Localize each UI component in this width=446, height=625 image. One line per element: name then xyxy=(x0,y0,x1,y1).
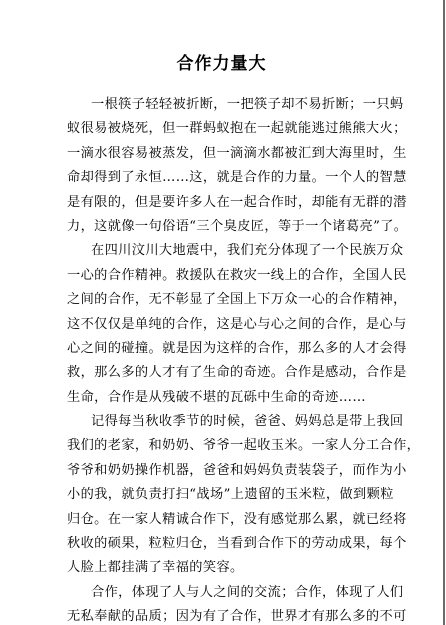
text-line: 这不仅仅是单纯的合作，这是心与心之间的合作，是心与 xyxy=(67,313,367,337)
paragraph-4: 合作，体现了人与人之间的交流；合作，体现了人们 无私奉献的品质；因为有了合作，世… xyxy=(67,581,367,625)
text-line: 秋收的硕果，粒粒归仓，当看到合作下的劳动成果，每个 xyxy=(67,532,367,556)
text-line: 归仓。在一家人精诚合作下，没有感觉那么累，就已经将 xyxy=(67,508,367,532)
text-line: 在四川汶川大地震中，我们充分体现了一个民族万众 xyxy=(67,239,367,263)
text-line: 生命，合作是从残破不堪的瓦砾中生命的奇迹…… xyxy=(67,386,367,410)
text-line: 我们的老家，和奶奶、爷爷一起收玉米。一家人分工合作， xyxy=(67,434,367,458)
text-line: 人脸上都挂满了幸福的笑容。 xyxy=(67,556,367,580)
text-line: 命却得到了永恒……这，就是合作的力量。一个人的智慧 xyxy=(67,166,367,190)
text-line: 记得每当秋收季节的时候，爸爸、妈妈总是带上我回 xyxy=(67,410,367,434)
paragraph-3: 记得每当秋收季节的时候，爸爸、妈妈总是带上我回 我们的老家，和奶奶、爷爷一起收玉… xyxy=(67,410,367,581)
text-line: 蚁很易被烧死，但一群蚂蚁抱在一起就能逃过熊熊大火； xyxy=(67,117,367,141)
text-line: 一心的合作精神。救援队在救灾一线上的合作，全国人民 xyxy=(67,264,367,288)
document-body: 一根筷子轻轻被折断，一把筷子却不易折断；一只蚂 蚁很易被烧死，但一群蚂蚁抱在一起… xyxy=(67,93,367,625)
text-line: 合作，体现了人与人之间的交流；合作，体现了人们 xyxy=(67,581,367,605)
document-page: 合作力量大 一根筷子轻轻被折断，一把筷子却不易折断；一只蚂 蚁很易被烧死，但一群… xyxy=(0,0,445,625)
text-line: 之间的合作，无不彰显了全国上下万众一心的合作精神， xyxy=(67,288,367,312)
paragraph-1: 一根筷子轻轻被折断，一把筷子却不易折断；一只蚂 蚁很易被烧死，但一群蚂蚁抱在一起… xyxy=(67,93,367,239)
paragraph-2: 在四川汶川大地震中，我们充分体现了一个民族万众 一心的合作精神。救援队在救灾一线… xyxy=(67,239,367,410)
text-line: 是有限的，但是要许多人在一起合作时，却能有无群的潜 xyxy=(67,191,367,215)
text-line: 无私奉献的品质；因为有了合作，世界才有那么多的不可 xyxy=(67,605,367,625)
text-line: 救，那么多的人才有了生命的奇迹。合作是感动，合作是 xyxy=(67,361,367,385)
text-line: 心之间的碰撞。就是因为这样的合作，那么多的人才会得 xyxy=(67,337,367,361)
text-line: 一滴水很容易被蒸发，但一滴滴水都被汇到大海里时，生 xyxy=(67,142,367,166)
text-line: 力，这就像一句俗语“三个臭皮匠，等于一个诸葛亮”了。 xyxy=(67,215,367,239)
text-line: 小的我，就负责打扫“战场”上遗留的玉米粒，做到颗粒 xyxy=(67,483,367,507)
text-line: 爷爷和奶奶操作机器，爸爸和妈妈负责装袋子，而作为小 xyxy=(67,459,367,483)
text-line: 一根筷子轻轻被折断，一把筷子却不易折断；一只蚂 xyxy=(67,93,367,117)
document-title: 合作力量大 xyxy=(0,52,443,76)
